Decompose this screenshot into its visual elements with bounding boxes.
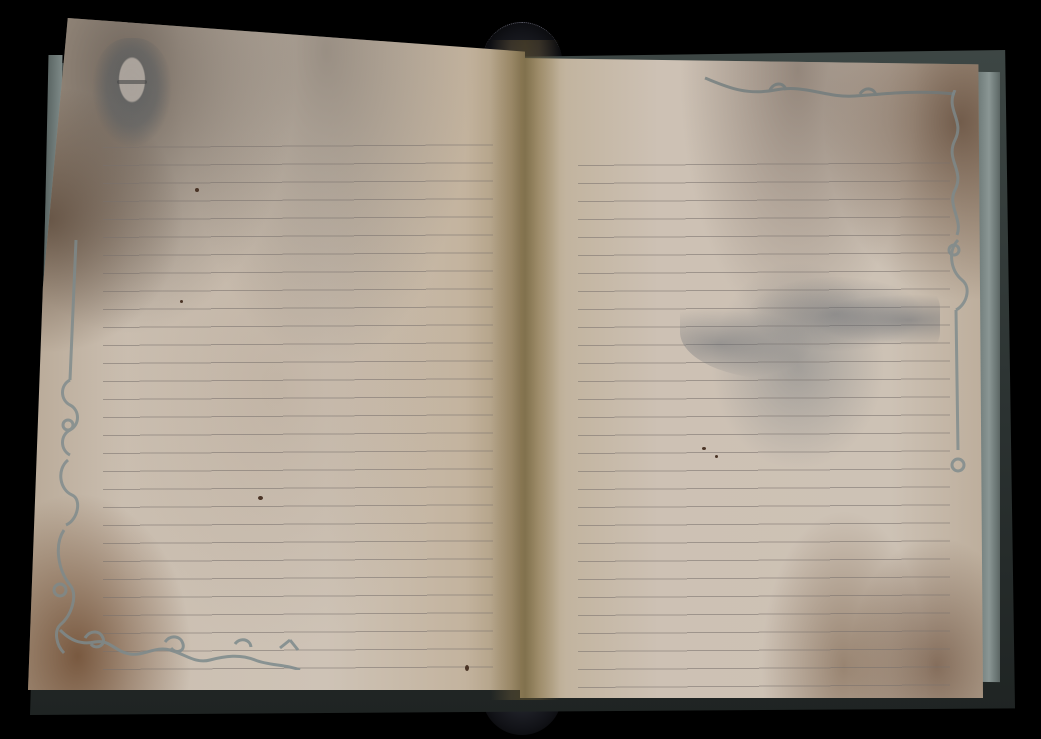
- right-page: [520, 58, 983, 698]
- grime-speck: [465, 665, 469, 671]
- grime-speck: [180, 300, 183, 303]
- handprint-stain: [680, 260, 940, 380]
- portrait-stain-icon: [92, 38, 172, 148]
- grime-speck: [195, 188, 199, 192]
- grime-speck: [715, 455, 718, 458]
- book-scene: [0, 0, 1041, 739]
- grime-speck: [702, 447, 706, 450]
- left-page-ruled-lines: [103, 130, 493, 680]
- grime-speck: [258, 496, 263, 500]
- right-page-ruled-lines: [578, 148, 950, 688]
- portrait-eyes: [117, 80, 147, 84]
